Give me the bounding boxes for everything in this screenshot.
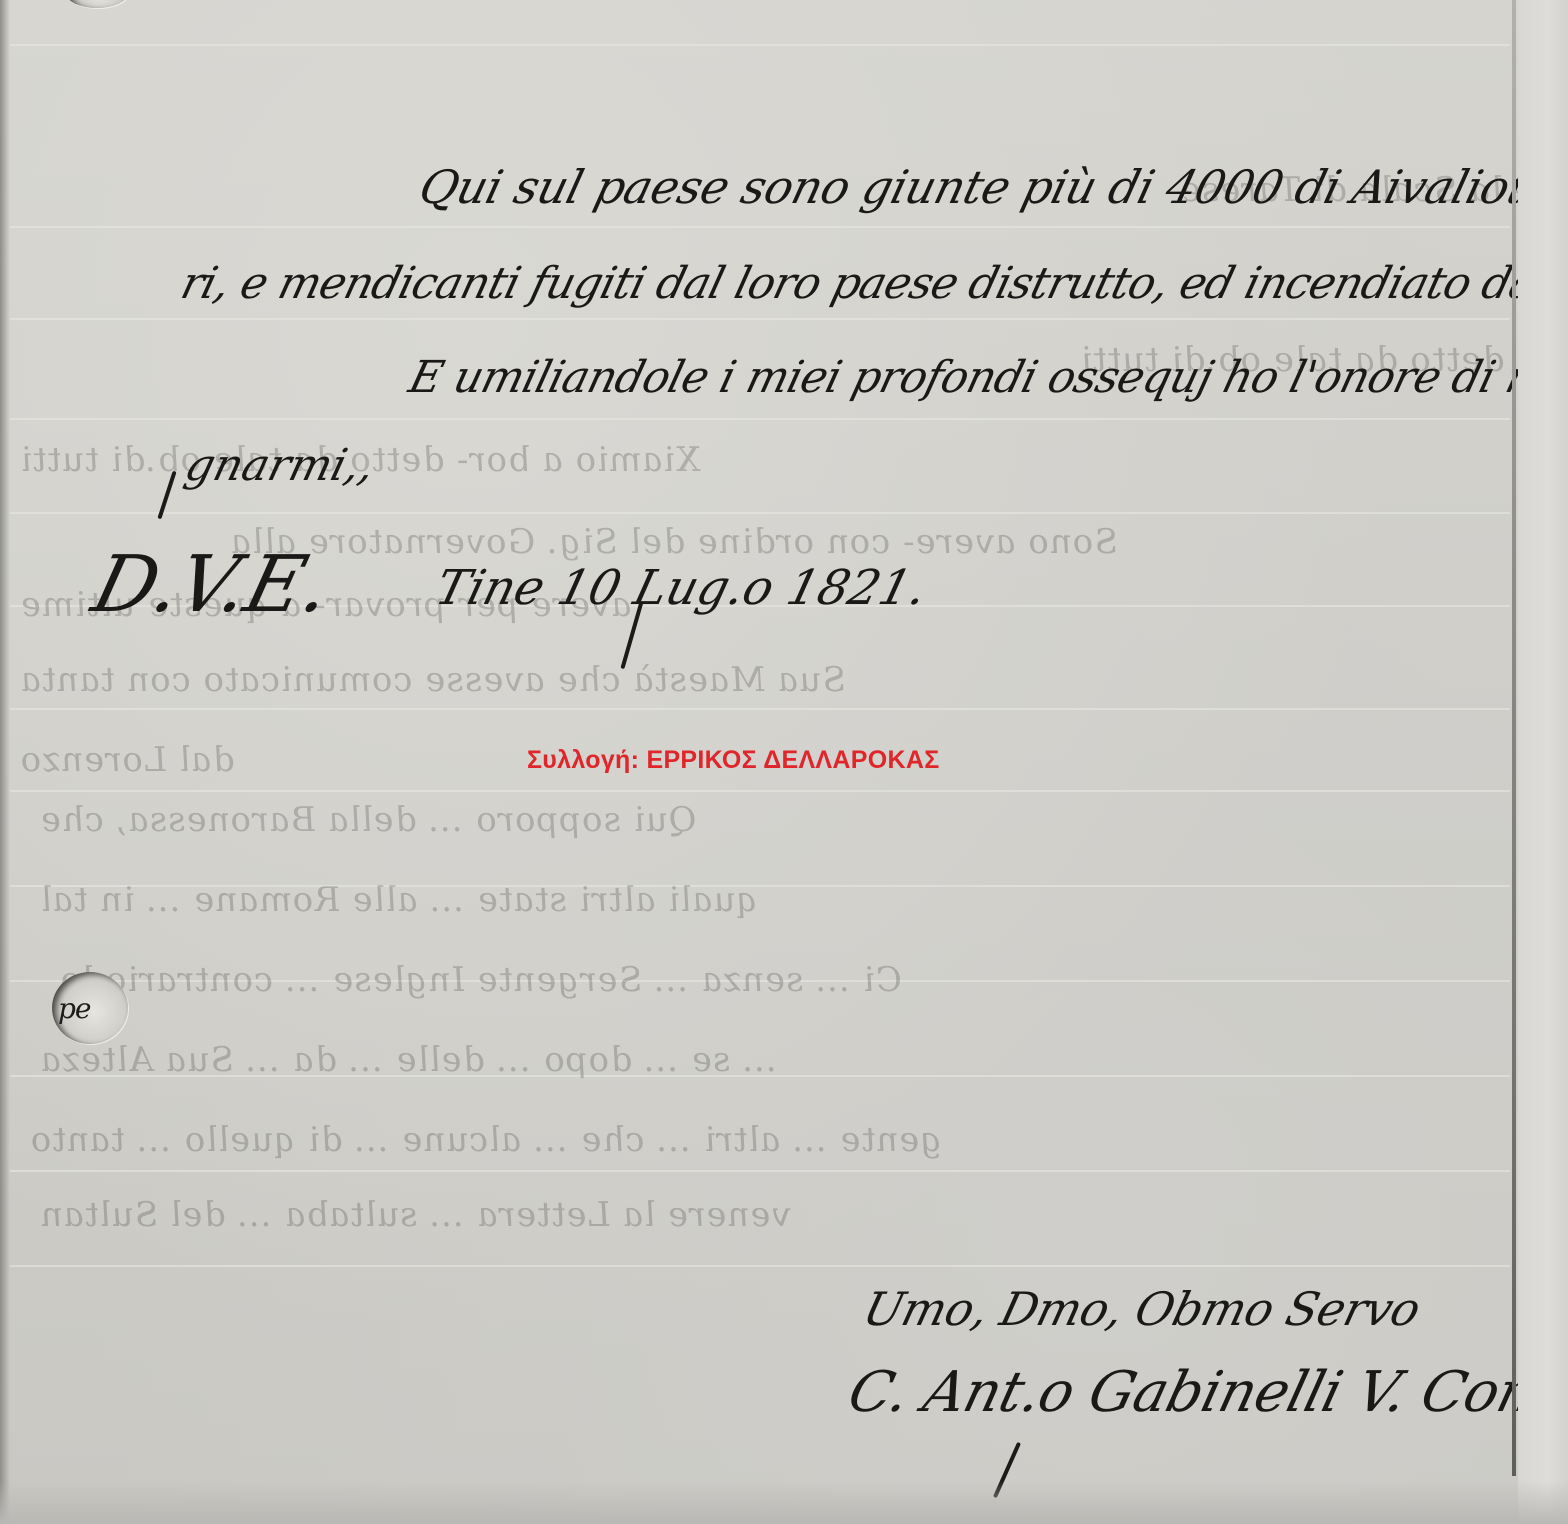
ruled-line xyxy=(10,44,1510,46)
hole-text-fragment: pe xyxy=(58,992,91,1025)
place-and-date: Tine 10 Lug.o 1821. xyxy=(430,560,933,616)
signature: C. Ant.o Gabinelli V. Cons.e xyxy=(842,1360,1568,1425)
ruled-line xyxy=(10,790,1510,792)
ruled-line xyxy=(10,418,1510,420)
letter-line-1: Qui sul paese sono giunte più di 4000 di… xyxy=(414,160,1568,214)
left-page-shadow xyxy=(0,0,10,1524)
ruled-line xyxy=(10,512,1510,514)
sender-initials: D.V.E. xyxy=(84,540,340,630)
right-page-margin xyxy=(1518,0,1568,1524)
page-edge-line xyxy=(1512,0,1516,1476)
punch-hole xyxy=(66,0,128,8)
bleed-through-text: quali altri state ... alle Romane ... in… xyxy=(37,880,761,920)
closing-formula: Umo, Dmo, Obmo Servo xyxy=(858,1282,1426,1336)
collection-watermark: Συλλογή: ΕΡΡΙΚΟΣ ΔΕΛΛΑΡΟΚΑΣ xyxy=(527,746,940,775)
ruled-line xyxy=(10,226,1510,228)
letter-line-4: gnarmi,, xyxy=(180,440,380,491)
ruled-line xyxy=(10,318,1510,320)
letter-line-3: E umiliandole i miei profondi ossequj ho… xyxy=(404,352,1568,403)
bleed-through-text: ... se ... dopo ... delle ... da ... Sua… xyxy=(37,1040,780,1080)
bleed-through-text: dal Lorenzo xyxy=(17,740,237,780)
bleed-through-text: Sua Maestà che avesse comunicato con tan… xyxy=(17,660,848,700)
bleed-through-text: gente ... altri ... che ... alcune ... d… xyxy=(27,1120,945,1160)
ruled-line xyxy=(10,1265,1510,1267)
letter-page: Sopra che accompa- la Scala di Tarese Xi… xyxy=(0,0,1568,1524)
ruled-line xyxy=(10,708,1510,710)
bleed-through-text: Qui sopporo ... della Baronessa, che xyxy=(37,800,699,840)
letter-line-2: ri, e mendicanti fugiti dal loro paese d… xyxy=(176,258,1568,309)
bleed-through-text: Ci ... senza ... Sergente Inglese ... co… xyxy=(57,960,904,1000)
bleed-through-text: venere la Lettera ... sultaba ... del Su… xyxy=(37,1195,794,1235)
bottom-page-shadow xyxy=(0,1480,1568,1524)
ruled-line xyxy=(10,1170,1510,1172)
bleed-through-text: Sono avere- con ordine del Sig. Governat… xyxy=(227,522,1120,562)
